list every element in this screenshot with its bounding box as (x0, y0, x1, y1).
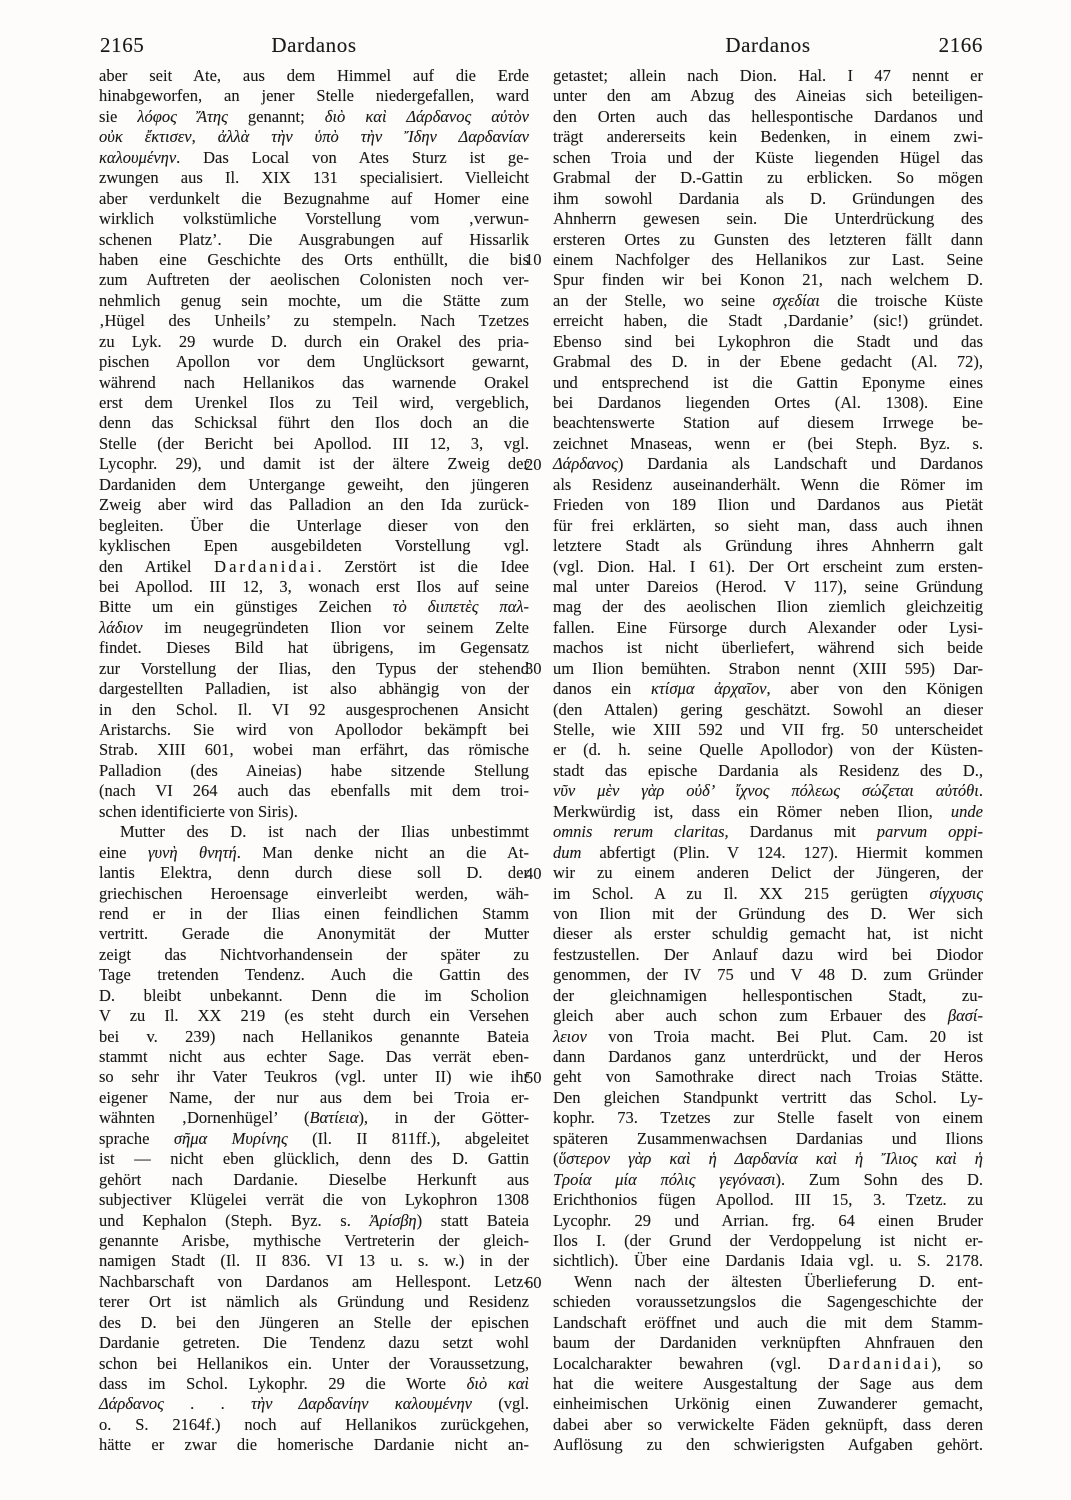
text-line: (den Attalen) gering geschätzt. Sowohl a… (553, 700, 983, 720)
text-line: eine γυνὴ θνητή. Man denke nicht an die … (99, 843, 529, 863)
text-line: Ebenso sind bei Lykophron die Stadt und … (553, 332, 983, 352)
text-line: Dardaniden dem Untergange geweiht, den j… (99, 475, 529, 495)
text-line: haben eine Geschichte des Orts enthüllt,… (99, 250, 529, 270)
text-line: vertritt. Gerade die Anonymität der Mutt… (99, 924, 529, 944)
text-line: einem Nachfolger des Hellanikos zur Last… (553, 250, 983, 270)
text-line: schen Troia und der Küste liegenden Hüge… (553, 148, 983, 168)
text-line: und Kephalon (Steph. Byz. s. Ἀρίσβη) sta… (99, 1211, 529, 1231)
text-line: zeichnet Mnaseas, wenn er (bei Steph. By… (553, 434, 983, 454)
text-line: Aristarchs. Sie wird von Apollodor bekäm… (99, 720, 529, 740)
text-line: erreicht haben, die Stadt ‚Dardanie’ (si… (553, 311, 983, 331)
text-line: pischen Apollon vor dem Unglücksort gewa… (99, 352, 529, 372)
text-line: bei Apollod. III 12, 3, wonach erst Ilos… (99, 577, 529, 597)
text-line: an der Stelle, wo seine σχεδίαι die troi… (553, 291, 983, 311)
text-line: zur Vorstellung der Ilias, den Typus der… (99, 659, 529, 679)
text-line: ihm sowohl Dardania als D. Gründungen de… (553, 189, 983, 209)
text-line: o. S. 2164f.) noch auf Hellanikos zurück… (99, 1415, 529, 1435)
text-line: λάδιον im neugegründeten Ilion vor seine… (99, 618, 529, 638)
gutter-line-number: 40 (525, 864, 552, 884)
text-line: dieser als erster schuldig gemacht hat, … (553, 924, 983, 944)
text-line: einheimischen Urkönig einen Zuwanderer g… (553, 1394, 983, 1414)
text-line: danos ein κτίσμα ἀρχαῖον, aber von den K… (553, 679, 983, 699)
text-line: zwungen aus Il. XIX 131 specialisiert. V… (99, 168, 529, 188)
text-line: wir zu einem anderen Delict der Jüngeren… (553, 863, 983, 883)
text-line: (vgl. Dion. Hal. I 61). Der Ort erschein… (553, 557, 983, 577)
text-line: des D. bei den Jüngeren an Stelle der ep… (99, 1313, 529, 1333)
column-number-right: 2166 (883, 33, 983, 58)
text-line: Ilos I. (der Grund der Verdoppelung ist … (553, 1231, 983, 1251)
text-line: Localcharakter bewahren (vgl. Dardanidai… (553, 1354, 983, 1374)
text-line: bei Dardanos liegenden Ortes (Al. 1308).… (553, 393, 983, 413)
text-line: um Ilion bemühten. Strabon nennt (XIII 5… (553, 659, 983, 679)
text-line: schon bei Hellanikos ein. Unter der Vora… (99, 1354, 529, 1374)
text-line: findet. Dieses Bild hat übrigens, im Geg… (99, 638, 529, 658)
text-line: während nach Hellanikos das warnende Ora… (99, 373, 529, 393)
left-text-column: aber seit Ate, aus dem Himmel auf die Er… (99, 66, 529, 1456)
text-line: trägt andererseits kein Bedenken, in ein… (553, 127, 983, 147)
gutter-line-number: 30 (525, 659, 552, 679)
text-line: mag der des aeolischen Ilion ziemlich gl… (553, 597, 983, 617)
text-line: dann Dardanos ganz unterdrückt, und der … (553, 1047, 983, 1067)
text-line: νῦν μὲν γὰρ οὐδ’ ἴχνος πόλεως σώζεται αὐ… (553, 781, 983, 801)
text-line: schen identificierte von Siris). (99, 802, 529, 822)
text-line: er (d. h. seine Quelle Apollodor) von de… (553, 740, 983, 760)
gutter-line-number: 50 (525, 1068, 552, 1088)
text-line: nehmlich genug sein mochte, um die Stätt… (99, 291, 529, 311)
text-line: Den gleichen Standpunkt vertritt das Sch… (553, 1088, 983, 1108)
text-line: wirklich volkstümliche Vorstellung vom ‚… (99, 209, 529, 229)
text-line: καλουμένην. Das Local von Ates Sturz ist… (99, 148, 529, 168)
gutter-line-number: 60 (525, 1273, 552, 1293)
text-line: Dardanie getreten. Die Tendenz dazu setz… (99, 1333, 529, 1353)
text-line: Δάρδανος . . τὴν Δαρδανίην καλουμένην (v… (99, 1394, 529, 1414)
text-line: sichtlich). Über eine Dardanis Idaia vgl… (553, 1251, 983, 1271)
text-line: kyklischen Epen ausgebildeten Vorstellun… (99, 536, 529, 556)
text-line: aber seit Ate, aus dem Himmel auf die Er… (99, 66, 529, 86)
text-line: Τροία μία πόλις γεγόνασι). Zum Sohn des … (553, 1170, 983, 1190)
gutter-line-number: 20 (525, 455, 552, 475)
text-line: mal unter Dareios (Herod. V 117), seine … (553, 577, 983, 597)
text-line: Auflösung zu den schwierigsten Aufgaben … (553, 1435, 983, 1455)
text-line: Frieden von 189 Ilion und Dardanos aus P… (553, 495, 983, 515)
text-line: Lycophr. 29), und damit ist der ältere Z… (99, 454, 529, 474)
text-line: wähnten ‚Dornenhügel’ (Βατίεια), in der … (99, 1108, 529, 1128)
text-line: so sehr ihr Vater Teukros (vgl. unter II… (99, 1067, 529, 1087)
text-line: οὐκ ἔκτισεν, ἀλλὰ τὴν ὑπὸ τὴν Ἴδην Δαρδα… (99, 127, 529, 147)
text-line: den Artikel Dardanidai. Zerstört ist die… (99, 557, 529, 577)
text-line: ‚Hügel des Unheils’ zu stempeln. Nach Tz… (99, 311, 529, 331)
text-line: Merkwürdig ist, dass ein Römer neben Ili… (553, 802, 983, 822)
text-line: schenen Platz’. Die Ausgrabungen auf His… (99, 230, 529, 250)
text-line: Erichthonios fügen Apollod. III 15, 3. T… (553, 1190, 983, 1210)
text-line: in den Schol. Il. VI 92 ausgesprochenen … (99, 700, 529, 720)
text-line: den Orten auch das hellespontische Darda… (553, 107, 983, 127)
text-line: terer Ort ist nämlich als Gründung und R… (99, 1292, 529, 1312)
text-line: Δάρδανος) Dardania als Landschaft und Da… (553, 454, 983, 474)
text-line: gehört nach Dardanie. Dieselbe Herkunft … (99, 1170, 529, 1190)
text-line: bei v. 239) nach Hellanikos genannte Bat… (99, 1027, 529, 1047)
text-line: zu Lyk. 29 wurde D. durch ein Orakel des… (99, 332, 529, 352)
text-line: dass im Schol. Lykophr. 29 die Worte διὸ… (99, 1374, 529, 1394)
text-line: als Residenz auseinanderhält. Wenn die R… (553, 475, 983, 495)
text-line: genommen, der IV 75 und V 48 D. zum Grün… (553, 965, 983, 985)
text-line: Stelle, wie XIII 592 und VII frg. 50 unt… (553, 720, 983, 740)
text-line: und entsprechend ist die Gattin Eponyme … (553, 373, 983, 393)
text-line: letztere Stadt als Gründung ihres Ahnher… (553, 536, 983, 556)
running-title-left: Dardanos (99, 33, 529, 58)
text-line: im Schol. A zu Il. XX 215 gerügten σίγχυ… (553, 884, 983, 904)
text-line: Bitte um ein günstiges Zeichen τὸ διιπετ… (99, 597, 529, 617)
text-line: schieden voraussetzungslos die Sagengesc… (553, 1292, 983, 1312)
text-line: baum der Dardaniden verknüpften Ahnfraue… (553, 1333, 983, 1353)
text-line: eigener Name, der nur aus dem bei Troia … (99, 1088, 529, 1108)
text-line: Palladion (des Aineias) habe sitzende St… (99, 761, 529, 781)
text-line: zeigt das Nichtvorhandensein der später … (99, 945, 529, 965)
text-line: D. bleibt unbekannt. Denn die im Scholio… (99, 986, 529, 1006)
text-line: Mutter des D. ist nach der Ilias unbesti… (99, 822, 529, 842)
text-line: beachtenswerte Station auf diesem Irrweg… (553, 413, 983, 433)
text-line: subjectiver Klügelei verrät die von Lyko… (99, 1190, 529, 1210)
text-line: hinabgeworfen, an jener Stelle niedergef… (99, 86, 529, 106)
right-text-column: getastet; allein nach Dion. Hal. I 47 ne… (553, 66, 983, 1456)
text-line: V zu Il. XX 219 (es steht durch ein Vers… (99, 1006, 529, 1026)
text-line: fallen. Eine Fürsorge durch Alexander od… (553, 618, 983, 638)
text-line: Landschaft eröffnet und auch die mit dem… (553, 1313, 983, 1333)
text-line: Lycophr. 29 und Arrian. frg. 64 einen Br… (553, 1211, 983, 1231)
text-line: festzustellen. Der Anlauf dazu wird bei … (553, 945, 983, 965)
text-line: aber verdunkelt die Bezugnahme auf Homer… (99, 189, 529, 209)
text-line: von Ilion mit der Gründung des D. Wer si… (553, 904, 983, 924)
text-line: geht von Samothrake direct nach Troias S… (553, 1067, 983, 1087)
text-line: stammt nicht aus echter Sage. Das verrät… (99, 1047, 529, 1067)
text-line: (ὕστερον γὰρ καὶ ἡ Δαρδανία καὶ ἡ Ἴλιος … (553, 1149, 983, 1169)
text-line: machos ist nicht überliefert, während si… (553, 638, 983, 658)
text-line: lantis Elektra, denn durch diese soll D.… (99, 863, 529, 883)
text-line: rend er in der Ilias einen feindlichen S… (99, 904, 529, 924)
text-line: kophr. 73. Tzetzes zur Stelle faselt von… (553, 1108, 983, 1128)
text-line: genannte Arisbe, mythische Vertreterin d… (99, 1231, 529, 1251)
text-line: denn das Schicksal führt den Ilos doch a… (99, 413, 529, 433)
text-line: Spur finden wir bei Konon 21, nach welch… (553, 270, 983, 290)
text-line: dum abfertigt (Plin. V 124. 127). Hiermi… (553, 843, 983, 863)
text-line: griechischen Heroensage einverleibt werd… (99, 884, 529, 904)
text-line: λειον von Troia macht. Bei Plut. Cam. 20… (553, 1027, 983, 1047)
text-line: omnis rerum claritas, Dardanus mit parvu… (553, 822, 983, 842)
text-line: der gleichnamigen hellespontischen Stadt… (553, 986, 983, 1006)
text-line: späteren Zusammenwachsen Dardanias und I… (553, 1129, 983, 1149)
text-line: Wenn nach der ältesten Überlieferung D. … (553, 1272, 983, 1292)
text-line: begleiten. Über die Unterlage dieser von… (99, 516, 529, 536)
text-line: hat die weitere Ausgestaltung der Sage a… (553, 1374, 983, 1394)
text-line: getastet; allein nach Dion. Hal. I 47 ne… (553, 66, 983, 86)
text-line: Tage tretenden Tendenz. Auch die Gattin … (99, 965, 529, 985)
text-line: namigen Stadt (Il. II 836. VI 13 u. s. w… (99, 1251, 529, 1271)
text-line: Grabmal des D. in der Ebene gedacht (Al.… (553, 352, 983, 372)
text-line: ersteren Ortes zu Gunsten des letzteren … (553, 230, 983, 250)
text-line: Ahnherrn gewesen sein. Die Unterdrückung… (553, 209, 983, 229)
text-line: zum Auftreten der aeolischen Colonisten … (99, 270, 529, 290)
text-line: erst dem Urenkel Ilos zu Teil wird, verg… (99, 393, 529, 413)
text-line: gleich aber auch schon zum Erbauer des β… (553, 1006, 983, 1026)
text-line: dargestellten Palladien, ist also abhäng… (99, 679, 529, 699)
text-line: für frei erklärten, so sieht man, dass a… (553, 516, 983, 536)
text-line: Strab. XIII 601, wobei man erfährt, das … (99, 740, 529, 760)
scanned-encyclopedia-page: 2165 Dardanos Dardanos 2166 aber seit At… (0, 0, 1071, 1500)
text-line: sprache σῆμα Μυρίνης (Il. II 811ff.), ab… (99, 1129, 529, 1149)
text-line: ist — nicht eben glücklich, denn des D. … (99, 1149, 529, 1169)
text-line: unter den am Abzug des Aineias sich bete… (553, 86, 983, 106)
text-line: stadt das epische Dardania als Residenz … (553, 761, 983, 781)
text-line: dabei aber so verwickelte Fäden geknüpft… (553, 1415, 983, 1435)
text-line: Stelle (der Bericht bei Apollod. III 12,… (99, 434, 529, 454)
text-line: (nach VI 264 auch das ebenfalls mit dem … (99, 781, 529, 801)
text-line: Nachbarschaft von Dardanos am Hellespont… (99, 1272, 529, 1292)
text-line: Grabmal der D.-Gattin zu erblicken. So m… (553, 168, 983, 188)
text-line: Zweig aber wird das Palladion an den Ida… (99, 495, 529, 515)
text-line: hätte er zwar die homerische Dardanie ni… (99, 1435, 529, 1455)
text-line: sie λόφος Ἄτης genannt; διὸ καὶ Δάρδανος… (99, 107, 529, 127)
gutter-line-number: 10 (525, 250, 552, 270)
